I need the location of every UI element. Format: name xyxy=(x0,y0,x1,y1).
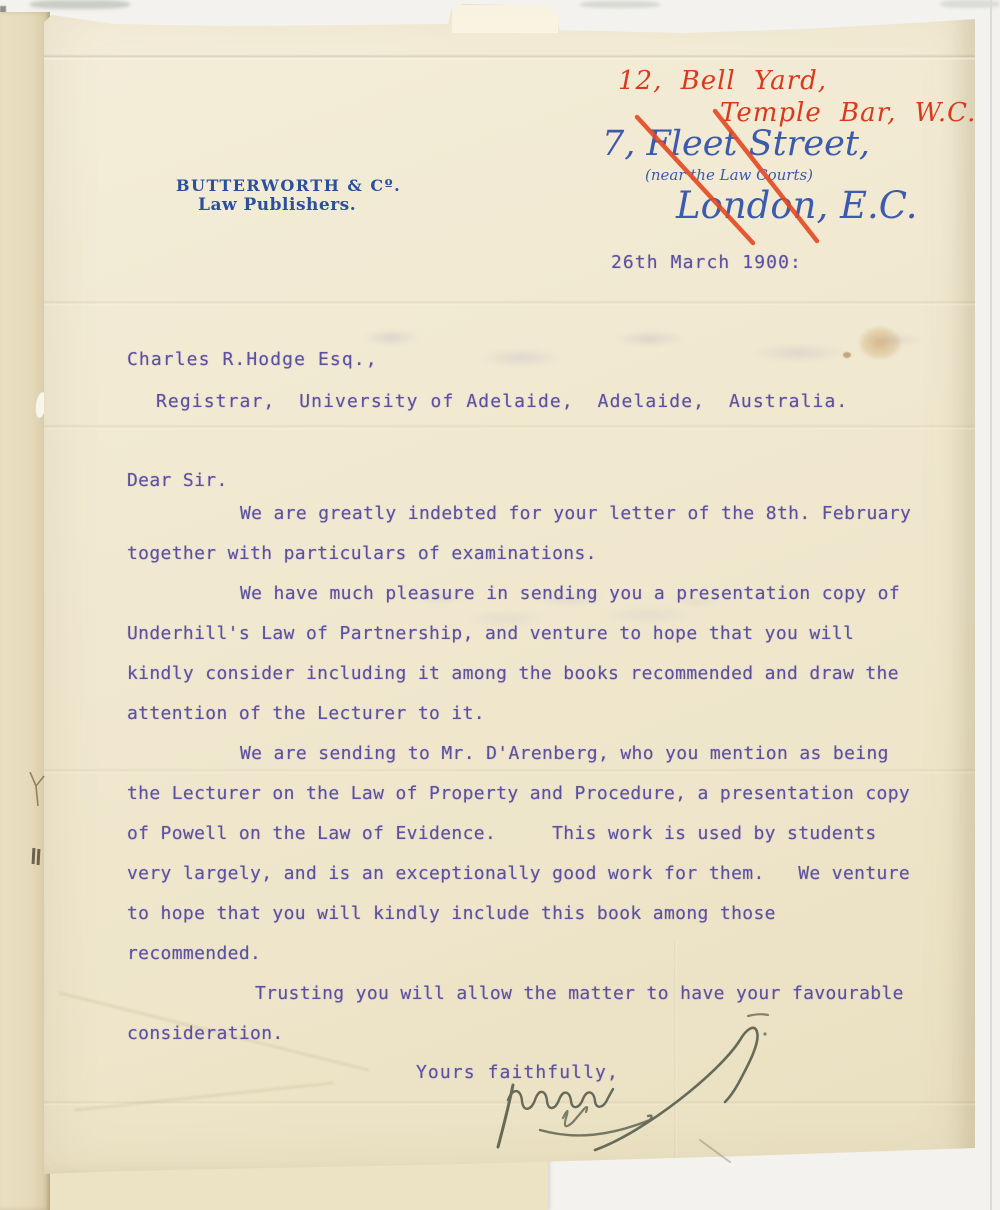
letter-body-line: the Lecturer on the Law of Property and … xyxy=(127,783,911,823)
signature xyxy=(435,1012,815,1187)
letter-body-line: kindly consider including it among the b… xyxy=(127,663,911,703)
scanned-letter-page: { "document": { "type": "scanned typewri… xyxy=(0,0,1000,1210)
scanner-edge-line xyxy=(990,0,992,1210)
letter-body-line: We are sending to Mr. D'Arenberg, who yo… xyxy=(127,743,911,783)
fold-crease xyxy=(44,300,975,306)
paper-fold-tab xyxy=(452,5,558,33)
letterhead-address-line1: 12, Bell Yard, xyxy=(618,66,827,96)
letter-body-line: attention of the Lecturer to it. xyxy=(127,703,911,743)
signature-initials xyxy=(563,1107,587,1126)
letter-body-line: to hope that you will kindly include thi… xyxy=(127,903,911,943)
scanner-smudge xyxy=(580,1,660,8)
signature-flourish xyxy=(595,1028,758,1150)
signature-underline xyxy=(540,1116,652,1136)
recipient-name: Charles R.Hodge Esq., xyxy=(127,349,378,370)
fold-crease xyxy=(44,424,975,430)
company-subtitle: Law Publishers. xyxy=(198,195,356,215)
recipient-address: Registrar, University of Adelaide, Adela… xyxy=(156,391,848,412)
letter-body-line: together with particulars of examination… xyxy=(127,543,911,583)
signature-faint-curve xyxy=(700,1140,730,1162)
salutation: Dear Sir. xyxy=(127,470,228,491)
letter-body-line: recommended. xyxy=(127,943,911,983)
signature-dot xyxy=(763,1032,766,1035)
letter-body-line: Underhill's Law of Partnership, and vent… xyxy=(127,623,911,663)
letter-date: 26th March 1900: xyxy=(611,252,802,273)
ink-bleedthrough xyxy=(295,313,941,385)
letter-body-line: of Powell on the Law of Evidence. This w… xyxy=(127,823,911,863)
letter-body: We are greatly indebted for your letter … xyxy=(127,503,911,1063)
company-name: BUTTERWORTH & Cº. xyxy=(176,176,401,195)
scanner-smudge xyxy=(30,0,130,9)
strikethrough-lines xyxy=(595,105,835,250)
signature-tick xyxy=(748,1014,768,1016)
letter-body-line: We are greatly indebted for your letter … xyxy=(127,503,911,543)
backing-sheet-left xyxy=(0,12,50,1210)
letter-body-line: We have much pleasure in sending you a p… xyxy=(127,583,911,623)
letter-body-line: very largely, and is an exceptionally go… xyxy=(127,863,911,903)
signature-stroke xyxy=(508,1089,613,1109)
fold-crease xyxy=(44,54,975,60)
paper-tear-mark xyxy=(24,772,48,812)
